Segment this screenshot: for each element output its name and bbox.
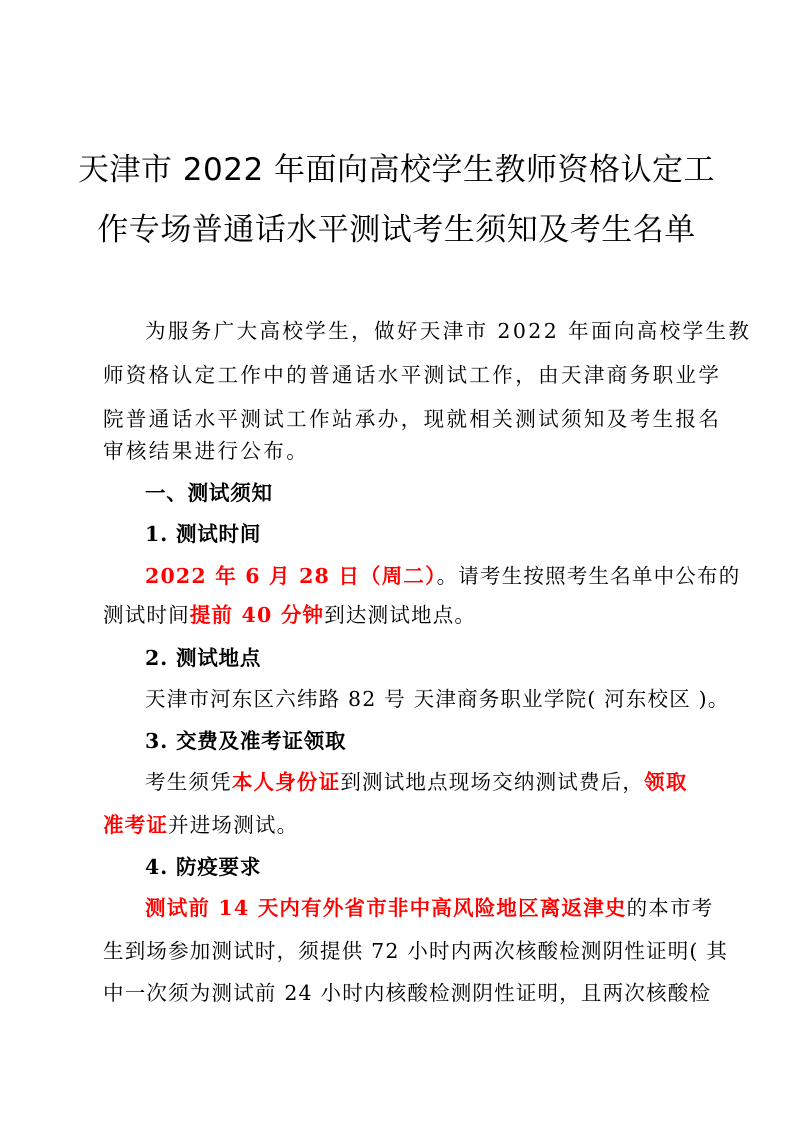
item-heading-test-location: 2. 测试地点 [145, 643, 693, 673]
id-card-highlight: 本人身份证 [232, 770, 341, 794]
document-title-line-1: 天津市 2022 年面向高校学生教师资格认定工 [0, 150, 793, 190]
item-heading-fee-admission: 3. 交费及准考证领取 [145, 726, 693, 756]
epidemic-line-3: 中一次须为测试前 24 小时内核酸检测阴性证明，且两次核酸检 [103, 978, 693, 1008]
test-time-text: 。请考生按照考生名单中公布的 [437, 564, 741, 588]
admission-ticket-highlight: 准考证 [103, 813, 168, 837]
fee-prefix: 考生须凭 [145, 770, 232, 794]
test-time-line-1: 2022 年 6 月 28 日（周二）。请考生按照考生名单中公布的 [145, 561, 693, 591]
intro-paragraph-line-4: 审核结果进行公布。 [103, 436, 693, 466]
intro-paragraph-line-2: 师资格认定工作中的普通话水平测试工作，由天津商务职业学 [103, 360, 693, 390]
test-time-line-2: 测试时间提前 40 分钟到达测试地点。 [103, 600, 693, 630]
test-location-text: 天津市河东区六纬路 82 号 天津商务职业学院( 河东校区 )。 [145, 684, 693, 714]
test-date-highlight: 2022 年 6 月 28 日（周二） [145, 564, 437, 588]
item-heading-test-time: 1. 测试时间 [145, 519, 693, 549]
fee-line-1: 考生须凭本人身份证到测试地点现场交纳测试费后，领取 [145, 767, 693, 797]
document-title-line-2: 作专场普通话水平测试考生须知及考生名单 [0, 210, 793, 250]
collect-highlight: 领取 [644, 770, 687, 794]
intro-paragraph-line-1: 为服务广大高校学生，做好天津市 2022 年面向高校学生教 [145, 316, 693, 346]
test-time-suffix: 到达测试地点。 [324, 603, 476, 627]
test-time-prefix: 测试时间 [103, 603, 190, 627]
arrive-early-highlight: 提前 40 分钟 [190, 603, 324, 627]
epidemic-suffix: 的本市考 [627, 896, 714, 920]
epidemic-line-1: 测试前 14 天内有外省市非中高风险地区离返津史的本市考 [145, 893, 693, 923]
fee-line-2: 准考证并进场测试。 [103, 810, 693, 840]
section-heading-notice: 一、测试须知 [145, 478, 693, 508]
document-page: 天津市 2022 年面向高校学生教师资格认定工 作专场普通话水平测试考生须知及考… [0, 0, 793, 1122]
intro-paragraph-line-3: 院普通话水平测试工作站承办，现就相关测试须知及考生报名 [103, 404, 693, 434]
fee-middle: 到测试地点现场交纳测试费后， [340, 770, 644, 794]
travel-history-highlight: 测试前 14 天内有外省市非中高风险地区离返津史 [145, 896, 627, 920]
item-heading-epidemic-prevention: 4. 防疫要求 [145, 852, 693, 882]
fee-suffix: 并进场测试。 [168, 813, 298, 837]
epidemic-line-2: 生到场参加测试时，须提供 72 小时内两次核酸检测阴性证明( 其 [103, 936, 693, 966]
